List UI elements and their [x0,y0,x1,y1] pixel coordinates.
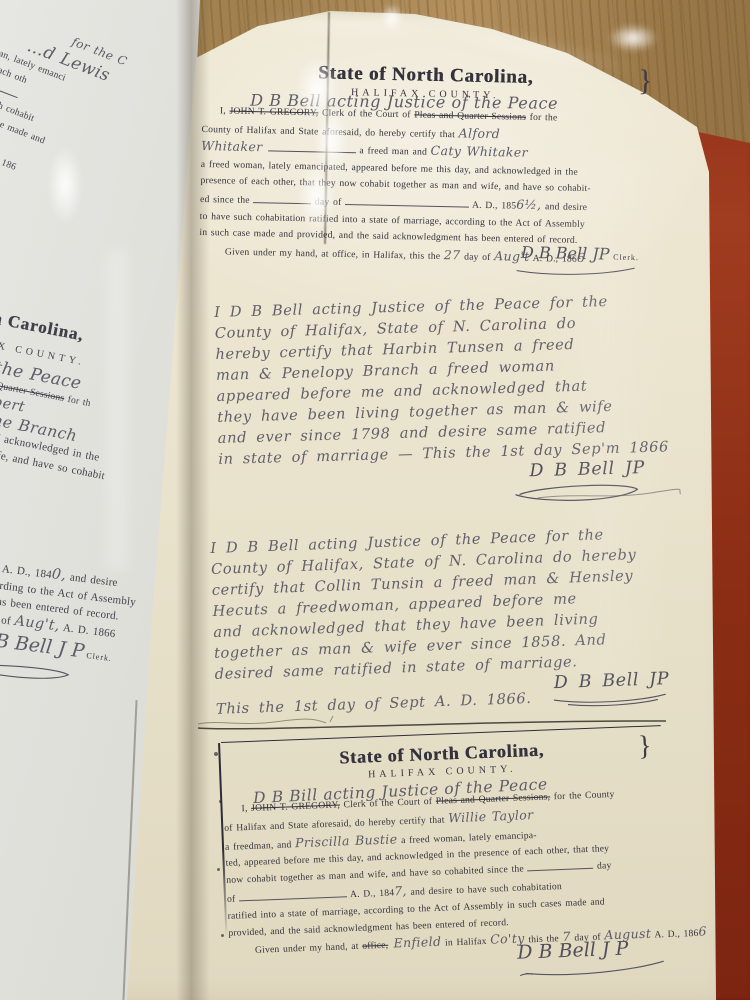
signature-block: D B Bell J P [517,936,668,978]
printed-text: of [227,893,239,904]
handwritten-text: 6 [698,924,707,939]
certificate-bottom: State of North Carolina, } HALIFAX COUNT… [221,725,669,961]
photo-scene: for the C …d Lewis a freed woman, lately… [0,0,750,1000]
printed-text: day of [460,251,494,263]
handwritten-text: Willie Taylor [448,807,534,825]
page-gutter-shadow [176,0,210,1000]
handwritten-note-2: I D B Bell acting Justice of the Peace f… [210,522,670,720]
handwritten-text: Caty Whitaker [430,143,528,160]
signature-block: D B Bell JP Clerk. [513,243,640,278]
signature: D B Bell J P [517,938,629,964]
signature: D B Bell JP [529,458,645,481]
clerk-label: Clerk. [86,651,113,663]
ink-speckle [219,800,222,803]
printed-text: I, [220,105,230,116]
clerk-label: Clerk. [613,253,639,263]
signature: D B Bell JP [554,669,670,693]
blank-underline [527,864,593,872]
ink-speckle [221,934,224,937]
printed-text: Given under my hand, at office, in Halif… [225,246,444,262]
printed-text: day [593,860,611,872]
ink-speckle [214,752,218,756]
printed-text: in Halifax [441,936,490,949]
printed-text: A. D., 184 [347,887,395,900]
handwritten-text: 6½, [516,197,541,213]
handwritten-text: 27 [444,247,461,262]
printed-text: a freed man and [356,145,431,158]
struck-printed-text: office, [362,940,388,952]
handwritten-text: 7, [394,883,407,898]
handwritten-note-1: I D B Bell acting Justice of the Peace f… [214,290,656,515]
printed-text: for the County [550,789,615,802]
ink-speckle [217,868,220,871]
printed-text: for th [63,393,91,409]
blank-underline [268,146,356,153]
printed-text: a freedman, and [225,839,295,853]
blank-underline [253,198,311,204]
handwritten-text: Priscilla Bustie [295,831,398,850]
handwritten-text: Whitaker [201,138,268,154]
printed-text: a freed woman, lately emancipa- [397,830,537,846]
printed-text: A. D., 185 [469,200,517,212]
handwritten-overwrite: D B Bell acting Justice of the Peace [250,91,558,113]
blank-underline [239,892,347,901]
brace-glyph: } [637,730,652,762]
brace-glyph: } [638,64,653,98]
printed-text: and desire to have such cohabitation [407,881,562,898]
printed-text: County of Halifax and State aforesaid, d… [201,124,458,140]
signature: D B Bell JP [521,243,610,264]
blank-underline [345,200,469,208]
printed-text: for the [526,112,558,124]
printed-text: Given under my hand, at [255,941,363,956]
certificate-top: State of North Carolina, } HALIFAX COUNT… [199,60,649,270]
printed-text: and desire [541,201,587,213]
handwritten-text: Alford [458,125,500,141]
printed-text: day of [311,196,345,208]
printed-text: I, [241,803,251,814]
handwritten-text: Enfield [388,934,442,951]
